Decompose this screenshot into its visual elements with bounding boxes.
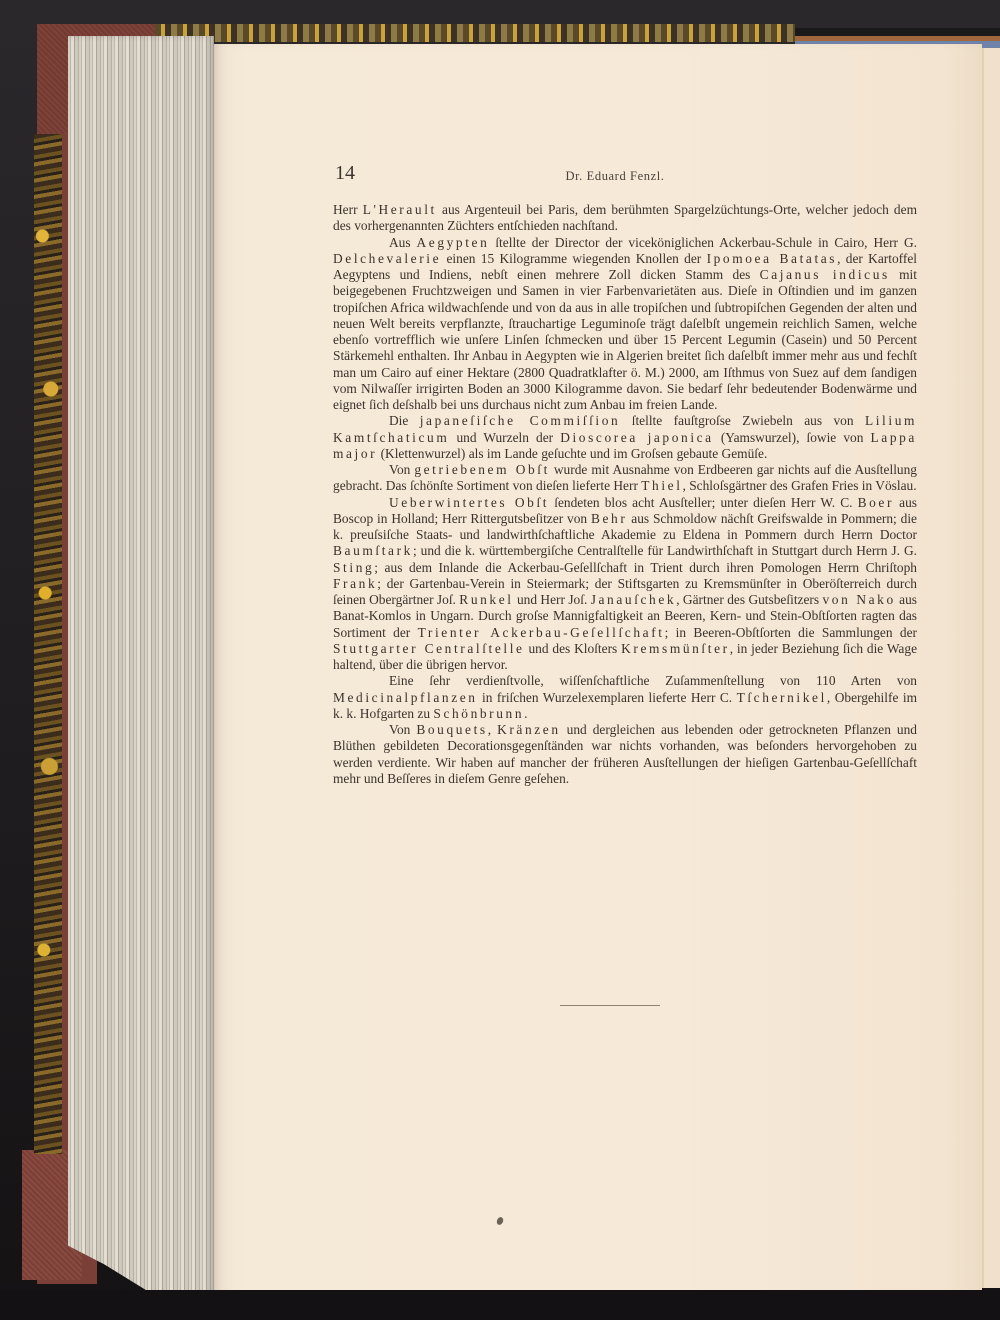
spaced-emphasis: Ueberwintertes Obſt [389,495,549,510]
text-run: , [488,722,497,737]
spaced-emphasis: Boer [858,495,894,510]
facing-page-edge [982,48,1000,1288]
spaced-emphasis: getriebenem Obſt [414,462,550,477]
text-run: Von [389,462,414,477]
text-run: ; in Beeren-Obſtſorten die Sammlungen de… [665,625,917,640]
spaced-emphasis: Medicinalpflanzen [333,690,478,705]
marbled-paper-top [155,24,795,42]
spaced-emphasis: Delchevalerie [333,251,441,266]
text-run: Herr [333,202,363,217]
spaced-emphasis: Aegypten [417,235,490,250]
text-run: ſtellte der Director der vicekönig­liche… [489,235,917,250]
spaced-emphasis: Tſchernikel [737,690,827,705]
text-run: , Gärtner des Gutsbeſitzers [676,592,822,607]
marbled-paper-strip [34,134,62,1154]
spaced-emphasis: Kränzen [497,722,561,737]
paragraph: Von Bouquets, Kränzen und dergleichen au… [333,722,917,787]
text-run: und Wurzeln der [449,430,560,445]
text-run: . [524,706,527,721]
text-run: und Herr Joſ. [514,592,591,607]
text-run: (Klettenwurzel) als im Lande geſuchte un… [377,446,767,461]
paragraph: Von getriebenem Obſt wurde mit Ausnahme … [333,462,917,495]
paragraph: Aus Aegypten ſtellte der Director der vi… [333,235,917,414]
text-run: Die [389,413,420,428]
spaced-emphasis: Kremsmünſter [621,641,730,656]
running-title: Dr. Eduard Fenzl. [335,169,915,184]
spaced-emphasis: Runkel [459,592,513,607]
paragraph: Eine ſehr verdienſtvolle, wiſſenſchaftli… [333,673,917,722]
spaced-emphasis: Trienter Ackerbau-Geſellſchaft [418,625,665,640]
running-head: 14 Dr. Eduard Fenzl. [335,162,915,188]
spaced-emphasis: Thiel [641,478,682,493]
paragraph: Ueberwintertes Obſt ſendeten blos acht A… [333,495,917,674]
text-run: und des Kloſters [525,641,622,656]
text-run: Eine ſehr verdienſtvolle, wiſſenſchaftli… [389,673,917,688]
spaced-emphasis: Schönbrunn [433,706,524,721]
spaced-emphasis: Dioscorea japonica [560,430,714,445]
text-run: , Schloſsgärtner des Grafen Fries in Vös… [683,478,917,493]
text-run: einen 15 Kilogramme wiegenden Knollen de… [441,251,706,266]
text-run: ; aus dem Inlande die Ackerbau-Geſellſch… [374,560,917,575]
book-photo-scene: 14 Dr. Eduard Fenzl. Herr L'Herault aus … [0,0,1000,1320]
text-run: Von [389,722,416,737]
spaced-emphasis: Behr [591,511,627,526]
paragraph: Herr L'Herault aus Argenteuil bei Paris,… [333,202,917,235]
spaced-emphasis: Frank [333,576,377,591]
body-text: Herr L'Herault aus Argenteuil bei Paris,… [333,202,917,787]
text-run: in friſchen Wurzelexemplaren lieferte He… [478,690,737,705]
text-run: (Yams­wurzel), ſowie von [714,430,871,445]
spaced-emphasis: Ipomoea Batatas [707,251,838,266]
spaced-emphasis: Bouquets [416,722,487,737]
text-run: Aus [389,235,417,250]
text-run: ſtellte fauſtgroſse Zwiebeln aus von [620,413,865,428]
spaced-emphasis: japaneſiſche Commiſſion [420,413,621,428]
spaced-emphasis: Cajanus indicus [760,267,890,282]
spaced-emphasis: Stuttgarter Centralſtelle [333,641,525,656]
section-rule [560,1005,660,1006]
spaced-emphasis: Janauſchek [591,592,677,607]
spaced-emphasis: Baum­ſtark [333,543,413,558]
text-run: ſendeten blos acht Ausſteller; unter die… [549,495,857,510]
page-stack-fore-edge [68,36,214,1296]
paragraph: Die japaneſiſche Commiſſion ſtellte fauſ… [333,413,917,462]
spaced-emphasis: von Nako [822,592,895,607]
spaced-emphasis: L'Herault [363,202,437,217]
spaced-emphasis: Sting [333,560,374,575]
text-run: ; und die k. württembergiſche Centralſte… [413,543,917,558]
text-run: mit beigegebenen Frucht­zweigen und Same… [333,267,917,412]
bottom-shadow [0,1290,1000,1320]
